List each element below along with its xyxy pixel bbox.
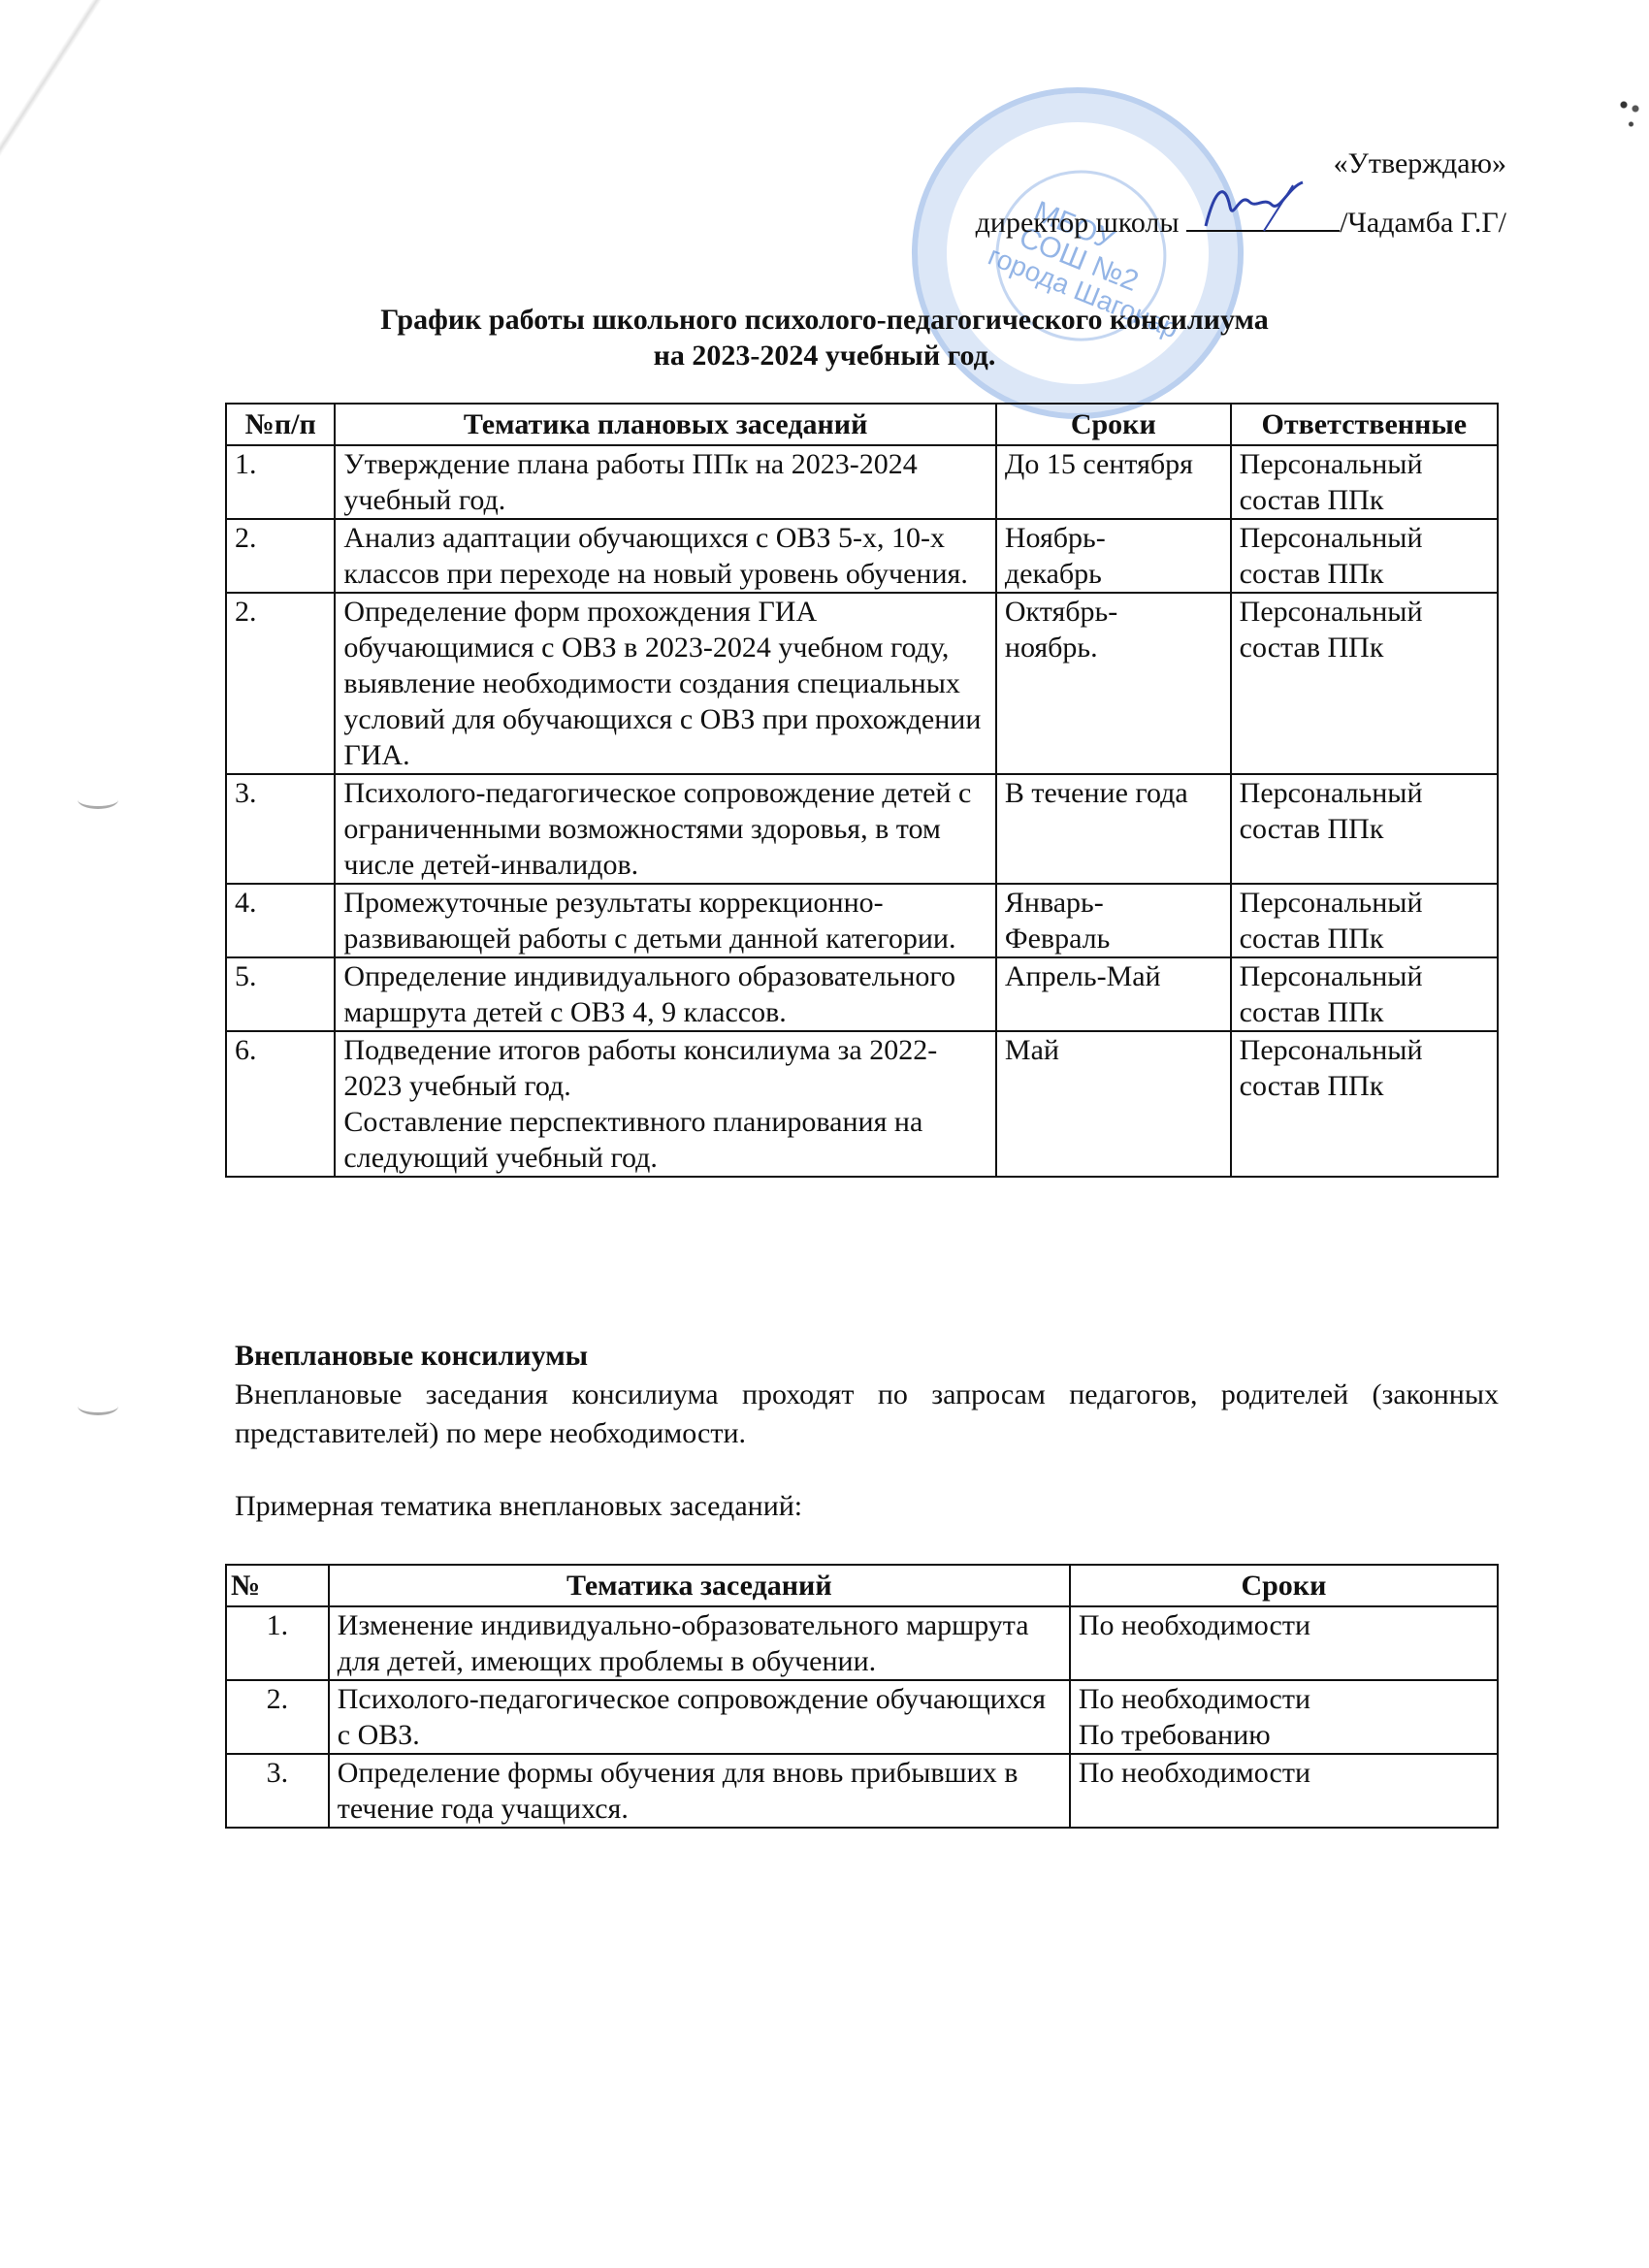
row-responsible: Персональный состав ППк: [1231, 519, 1498, 593]
row-topic: Психолого-педагогическое сопровождение д…: [335, 774, 995, 884]
table-row: 3. Психолого-педагогическое сопровождени…: [226, 774, 1498, 884]
signature-icon: [1196, 178, 1312, 236]
unplanned-meetings-table: № Тематика заседаний Сроки 1. Изменение …: [225, 1564, 1499, 1829]
table-row: 4. Промежуточные результаты коррекционно…: [226, 884, 1498, 957]
punch-hole-mark: [78, 1397, 118, 1415]
row-responsible: Персональный состав ППк: [1231, 957, 1498, 1031]
table-row: 2. Психолого-педагогическое сопровождени…: [226, 1680, 1498, 1754]
row-number: 6.: [226, 1031, 335, 1177]
row-term: По необходимости: [1070, 1754, 1498, 1828]
table-header-row: №п/п Тематика плановых заседаний Сроки О…: [226, 404, 1498, 445]
row-number: 3.: [226, 1754, 329, 1828]
row-term: До 15 сентября: [996, 445, 1231, 519]
row-term-line: По необходимости: [1079, 1755, 1489, 1791]
approval-signature-line: директор школы /Чадамба Г.Г/: [976, 207, 1506, 240]
row-responsible: Персональный состав ППк: [1231, 774, 1498, 884]
row-number: 3.: [226, 774, 335, 884]
row-number: 1.: [226, 1606, 329, 1680]
row-term-line: По необходимости: [1079, 1607, 1489, 1643]
scan-artifact-line: [0, 0, 102, 194]
document-subtitle: на 2023-2024 учебный год.: [0, 339, 1649, 373]
header-number: №п/п: [226, 404, 335, 445]
row-term-line: По требованию: [1079, 1717, 1489, 1753]
table-row: 3. Определение формы обучения для вновь …: [226, 1754, 1498, 1828]
row-topic: Определение индивидуального образователь…: [335, 957, 995, 1031]
row-term: Октябрь-ноябрь.: [996, 593, 1231, 774]
row-number: 2.: [226, 593, 335, 774]
signature-field: [1186, 207, 1340, 232]
unplanned-paragraph: Внеплановые заседания консилиума проходя…: [235, 1376, 1499, 1453]
row-topic: Изменение индивидуально-образовательного…: [329, 1606, 1070, 1680]
table-header-row: № Тематика заседаний Сроки: [226, 1565, 1498, 1606]
unplanned-topics-intro: Примерная тематика внеплановых заседаний…: [235, 1490, 802, 1523]
row-term-line: По необходимости: [1079, 1681, 1489, 1717]
table-row: 1. Утверждение плана работы ППк на 2023-…: [226, 445, 1498, 519]
row-number: 1.: [226, 445, 335, 519]
header-number: №: [226, 1565, 329, 1606]
row-responsible: Персональный состав ППк: [1231, 445, 1498, 519]
school-stamp: МБОУ СОШ №2 города Шагонар: [890, 66, 1265, 440]
row-number: 4.: [226, 884, 335, 957]
table-row: 1. Изменение индивидуально-образовательн…: [226, 1606, 1498, 1680]
row-topic-line: Подведение итогов работы консилиума за 2…: [343, 1032, 986, 1104]
row-topic: Анализ адаптации обучающихся с ОВЗ 5-х, …: [335, 519, 995, 593]
row-number: 2.: [226, 519, 335, 593]
row-topic: Подведение итогов работы консилиума за 2…: [335, 1031, 995, 1177]
row-number: 2.: [226, 1680, 329, 1754]
table-row: 6. Подведение итогов работы консилиума з…: [226, 1031, 1498, 1177]
director-name: /Чадамба Г.Г/: [1340, 207, 1506, 239]
row-term: В течение года: [996, 774, 1231, 884]
row-topic: Психолого-педагогическое сопровождение о…: [329, 1680, 1070, 1754]
header-topic: Тематика плановых заседаний: [335, 404, 995, 445]
row-term: По необходимости По требованию: [1070, 1680, 1498, 1754]
row-term: По необходимости: [1070, 1606, 1498, 1680]
row-topic: Определение формы обучения для вновь при…: [329, 1754, 1070, 1828]
planned-meetings-table: №п/п Тематика плановых заседаний Сроки О…: [225, 403, 1499, 1178]
approval-label: «Утверждаю»: [1334, 147, 1506, 180]
table-row: 2. Определение форм прохождения ГИА обуч…: [226, 593, 1498, 774]
row-responsible: Персональный состав ППк: [1231, 884, 1498, 957]
row-term: Январь-Февраль: [996, 884, 1231, 957]
table-row: 5. Определение индивидуального образоват…: [226, 957, 1498, 1031]
scan-artifact-speck: [1615, 97, 1644, 136]
header-topic: Тематика заседаний: [329, 1565, 1070, 1606]
row-topic: Промежуточные результаты коррекционно-ра…: [335, 884, 995, 957]
row-term: Апрель-Май: [996, 957, 1231, 1031]
row-topic: Определение форм прохождения ГИА обучающ…: [335, 593, 995, 774]
row-topic: Утверждение плана работы ППк на 2023-202…: [335, 445, 995, 519]
row-topic-line: Составление перспективного планирования …: [343, 1104, 986, 1176]
header-term: Сроки: [1070, 1565, 1498, 1606]
document-title: График работы школьного психолого-педаго…: [0, 303, 1649, 338]
row-term: Май: [996, 1031, 1231, 1177]
row-term: Ноябрь-декабрь: [996, 519, 1231, 593]
unplanned-heading: Внеплановые консилиумы: [235, 1340, 588, 1373]
table-row: 2. Анализ адаптации обучающихся с ОВЗ 5-…: [226, 519, 1498, 593]
punch-hole-mark: [78, 791, 118, 809]
header-term: Сроки: [996, 404, 1231, 445]
director-position: директор школы: [976, 207, 1180, 239]
row-number: 5.: [226, 957, 335, 1031]
header-responsible: Ответственные: [1231, 404, 1498, 445]
row-responsible: Персональный состав ППк: [1231, 593, 1498, 774]
row-responsible: Персональный состав ППк: [1231, 1031, 1498, 1177]
